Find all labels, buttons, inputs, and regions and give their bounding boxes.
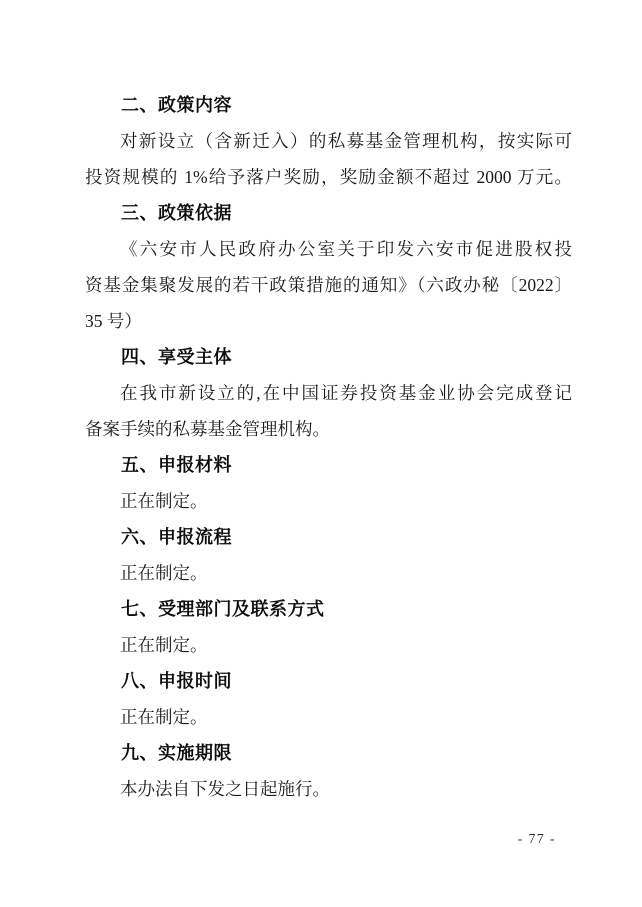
paragraph-line: 投资规模的 1%给予落户奖励，奖励金额不超过 2000 万元。 xyxy=(85,159,572,195)
section-implementation-period: 九、实施期限 本办法自下发之日起施行。 xyxy=(85,735,572,807)
paragraph-line: 备案手续的私募基金管理机构。 xyxy=(85,411,572,447)
section-application-materials: 五、申报材料 正在制定。 xyxy=(85,447,572,519)
paragraph-line: 《六安市人民政府办公室关于印发六安市促进股权投 xyxy=(85,231,572,267)
paragraph-line: 对新设立（含新迁入）的私募基金管理机构，按实际可 xyxy=(85,123,572,159)
section-heading: 九、实施期限 xyxy=(85,735,572,771)
section-policy-content: 二、政策内容 对新设立（含新迁入）的私募基金管理机构，按实际可 投资规模的 1%… xyxy=(85,87,572,195)
page-number: - 77 - xyxy=(518,831,556,847)
paragraph-line: 正在制定。 xyxy=(85,483,572,519)
paragraph-line: 正在制定。 xyxy=(85,555,572,591)
section-heading: 六、申报流程 xyxy=(85,519,572,555)
document-page: 二、政策内容 对新设立（含新迁入）的私募基金管理机构，按实际可 投资规模的 1%… xyxy=(0,0,642,907)
paragraph-line: 35 号） xyxy=(85,303,572,339)
section-heading: 八、申报时间 xyxy=(85,663,572,699)
paragraph-line: 本办法自下发之日起施行。 xyxy=(85,771,572,807)
section-heading: 七、受理部门及联系方式 xyxy=(85,591,572,627)
section-policy-basis: 三、政策依据 《六安市人民政府办公室关于印发六安市促进股权投 资基金集聚发展的若… xyxy=(85,195,572,339)
paragraph-line: 正在制定。 xyxy=(85,699,572,735)
section-heading: 五、申报材料 xyxy=(85,447,572,483)
paragraph-line: 正在制定。 xyxy=(85,627,572,663)
section-heading: 二、政策内容 xyxy=(85,87,572,123)
section-eligible-entities: 四、享受主体 在我市新设立的,在中国证券投资基金业协会完成登记 备案手续的私募基… xyxy=(85,339,572,447)
section-accepting-department: 七、受理部门及联系方式 正在制定。 xyxy=(85,591,572,663)
section-heading: 四、享受主体 xyxy=(85,339,572,375)
section-application-process: 六、申报流程 正在制定。 xyxy=(85,519,572,591)
paragraph-line: 资基金集聚发展的若干政策措施的通知》（六政办秘〔2022〕 xyxy=(85,267,572,303)
section-application-time: 八、申报时间 正在制定。 xyxy=(85,663,572,735)
paragraph-line: 在我市新设立的,在中国证券投资基金业协会完成登记 xyxy=(85,375,572,411)
section-heading: 三、政策依据 xyxy=(85,195,572,231)
